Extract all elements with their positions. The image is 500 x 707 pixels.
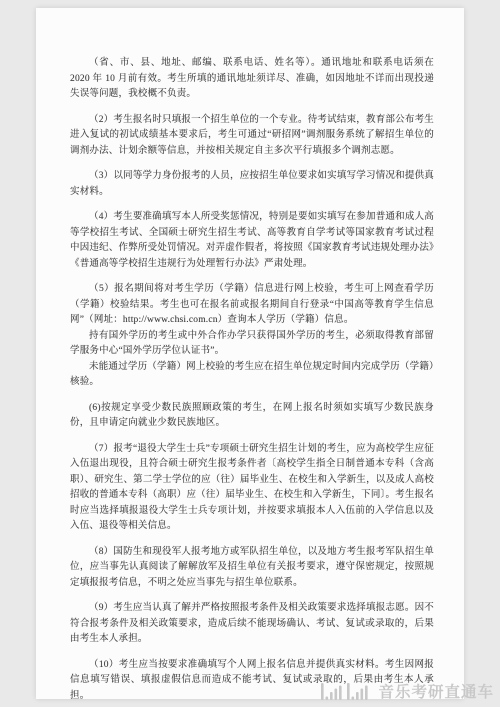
document-body: （省、市、县、地址、邮编、联系电话、姓名等）。通讯地址和联系电话须在 2020 … — [70, 56, 434, 707]
paragraph-item-8: （8）国防生和现役军人报考地方或军队招生单位，以及地方考生报考军队招生单位，应当… — [70, 545, 434, 592]
paragraph-item-5-verification: 未能通过学历（学籍）网上校验的考生应在招生单位规定时间内完成学历（学籍）核验。 — [70, 360, 434, 391]
paragraph-item-5-overseas: 持有国外学历的考生或中外合作办学只获得国外学历的考生，必须取得教育部留学服务中心… — [70, 329, 434, 360]
paragraph-item-7: （7）报考“退役大学生士兵”专项硕士研究生招生计划的考生，应为高校学生应征入伍退… — [70, 442, 434, 535]
paragraph-contact-address: （省、市、县、地址、邮编、联系电话、姓名等）。通讯地址和联系电话须在 2020 … — [70, 56, 434, 103]
paragraph-item-4: （4）考生要准确填写本人所受奖惩情况，特别是要如实填写在参加普通和成人高等学校招… — [70, 210, 434, 272]
equalizer-bars-icon — [321, 683, 373, 700]
paragraph-item-5: （5）报名期间将对考生学历（学籍）信息进行网上校验，考生可上网查看学历（学籍）校… — [70, 282, 434, 329]
paragraph-item-6: (6)按规定享受少数民族照顾政策的考生，在网上报名时须如实填写少数民族身份，且申… — [70, 401, 434, 432]
watermark-label: 音乐考研直通车 — [378, 685, 494, 701]
screenshot-root: { "page": { "background_color": "#e9e9e9… — [0, 0, 500, 707]
paragraph-item-3: （3）以同等学力身份报考的人员，应按招生单位要求如实填写学习情况和提供真实材料。 — [70, 169, 434, 200]
document-page: （省、市、县、地址、邮编、联系电话、姓名等）。通讯地址和联系电话须在 2020 … — [36, 8, 464, 699]
paragraph-item-2: （2）考生报名时只填报一个招生单位的一个专业。待考试结束，教育部公布考生进入复试… — [70, 113, 434, 160]
watermark: 音乐考研直通车 — [321, 683, 494, 700]
paragraph-item-9: （9）考生应当认真了解并严格按照报考条件及相关政策要求选择填报志愿。因不符合报考… — [70, 601, 434, 648]
